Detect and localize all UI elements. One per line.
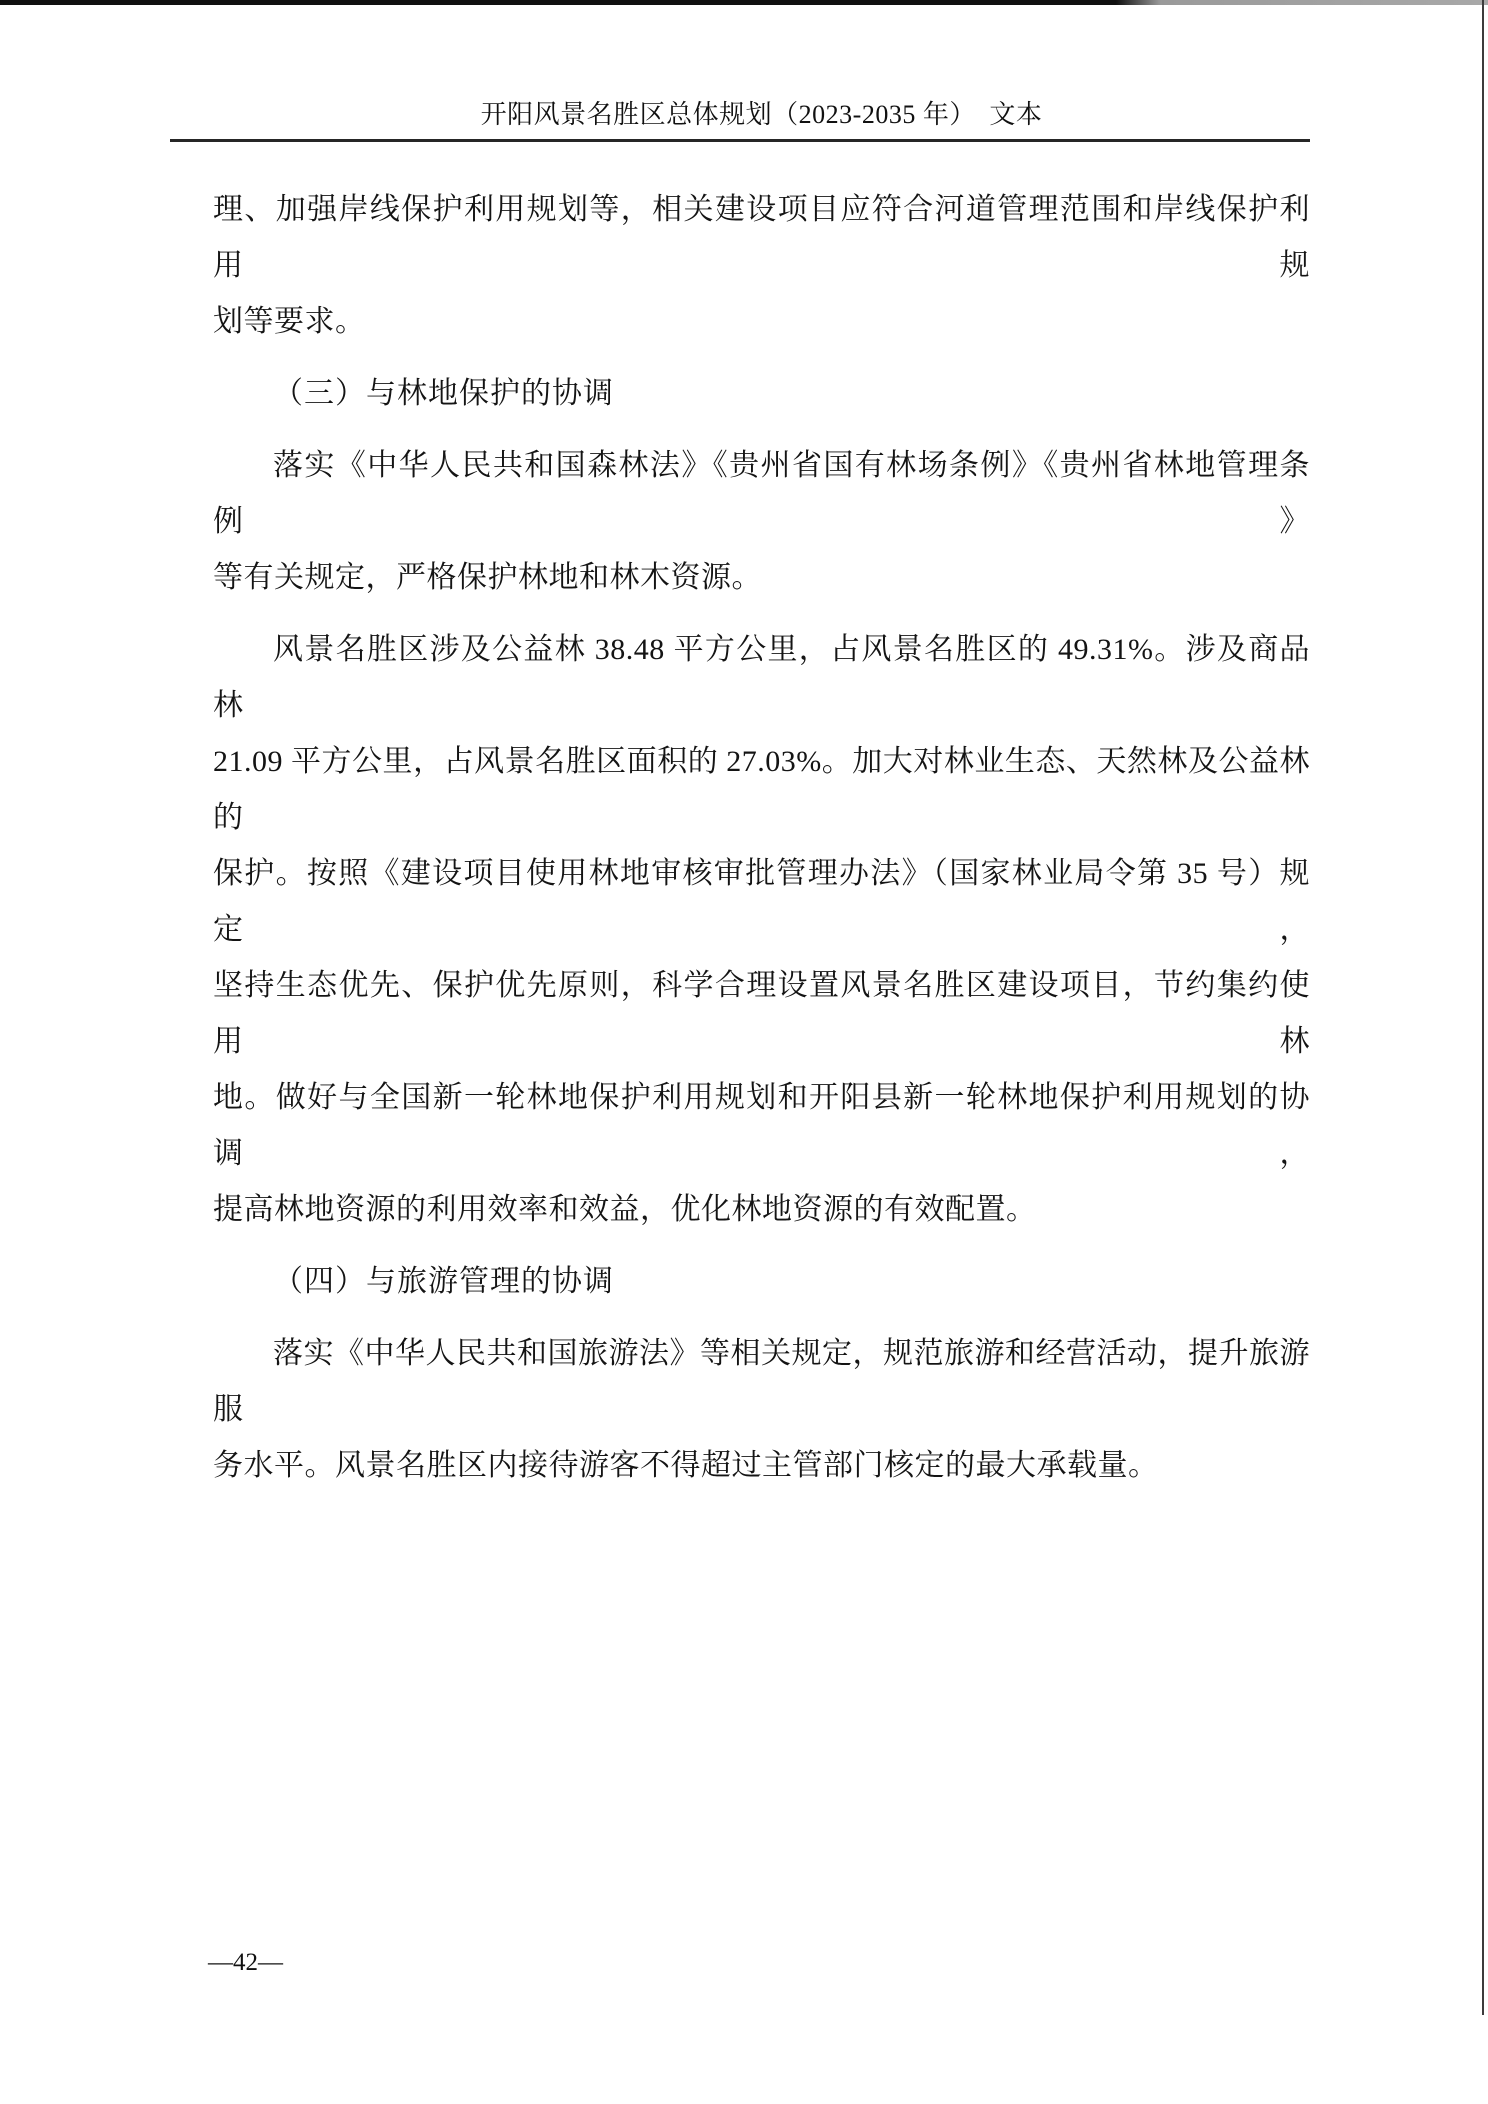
paragraph: 落实《中华人民共和国旅游法》等相关规定，规范旅游和经营活动，提升旅游服务水平。风… bbox=[213, 1326, 1310, 1494]
text-line: 提高林地资源的利用效率和效益，优化林地资源的有效配置。 bbox=[213, 1182, 1310, 1238]
text-line: 地。做好与全国新一轮林地保护利用规划和开阳县新一轮林地保护利用规划的协调， bbox=[213, 1070, 1310, 1182]
text-line: 坚持生态优先、保护优先原则，科学合理设置风景名胜区建设项目，节约集约使用林 bbox=[213, 958, 1310, 1070]
text-line: 21.09 平方公里，占风景名胜区面积的 27.03%。加大对林业生态、天然林及… bbox=[213, 734, 1310, 846]
heading: （三）与林地保护的协调 bbox=[213, 366, 1310, 422]
paragraph: 风景名胜区涉及公益林 38.48 平方公里，占风景名胜区的 49.31%。涉及商… bbox=[213, 622, 1310, 1238]
text-line: 落实《中华人民共和国森林法》《贵州省国有林场条例》《贵州省林地管理条例》 bbox=[213, 438, 1310, 550]
text-line: （四）与旅游管理的协调 bbox=[213, 1254, 1310, 1310]
text-line: 划等要求。 bbox=[213, 294, 1310, 350]
text-line: 务水平。风景名胜区内接待游客不得超过主管部门核定的最大承载量。 bbox=[213, 1438, 1310, 1494]
paragraph: 理、加强岸线保护利用规划等，相关建设项目应符合河道管理范围和岸线保护利用规划等要… bbox=[213, 182, 1310, 350]
page-header-title: 开阳风景名胜区总体规划（2023-2035 年） 文本 bbox=[213, 98, 1310, 132]
text-line: 风景名胜区涉及公益林 38.48 平方公里，占风景名胜区的 49.31%。涉及商… bbox=[213, 622, 1310, 734]
text-line: 落实《中华人民共和国旅游法》等相关规定，规范旅游和经营活动，提升旅游服 bbox=[213, 1326, 1310, 1438]
paragraph: 落实《中华人民共和国森林法》《贵州省国有林场条例》《贵州省林地管理条例》等有关规… bbox=[213, 438, 1310, 606]
page: { "colors": { "ink": "#141414", "rule": … bbox=[0, 0, 1488, 2104]
footer-page-number: —42— bbox=[208, 1948, 283, 1978]
text-line: 等有关规定，严格保护林地和林木资源。 bbox=[213, 550, 1310, 606]
document-body: 理、加强岸线保护利用规划等，相关建设项目应符合河道管理范围和岸线保护利用规划等要… bbox=[213, 182, 1310, 1510]
scan-right-edge-artifact bbox=[1482, 0, 1484, 2015]
header-rule bbox=[170, 139, 1310, 142]
text-line: 理、加强岸线保护利用规划等，相关建设项目应符合河道管理范围和岸线保护利用规 bbox=[213, 182, 1310, 294]
scan-top-edge-artifact bbox=[0, 0, 1488, 5]
heading: （四）与旅游管理的协调 bbox=[213, 1254, 1310, 1310]
text-line: （三）与林地保护的协调 bbox=[213, 366, 1310, 422]
text-line: 保护。按照《建设项目使用林地审核审批管理办法》（国家林业局令第 35 号）规定， bbox=[213, 846, 1310, 958]
